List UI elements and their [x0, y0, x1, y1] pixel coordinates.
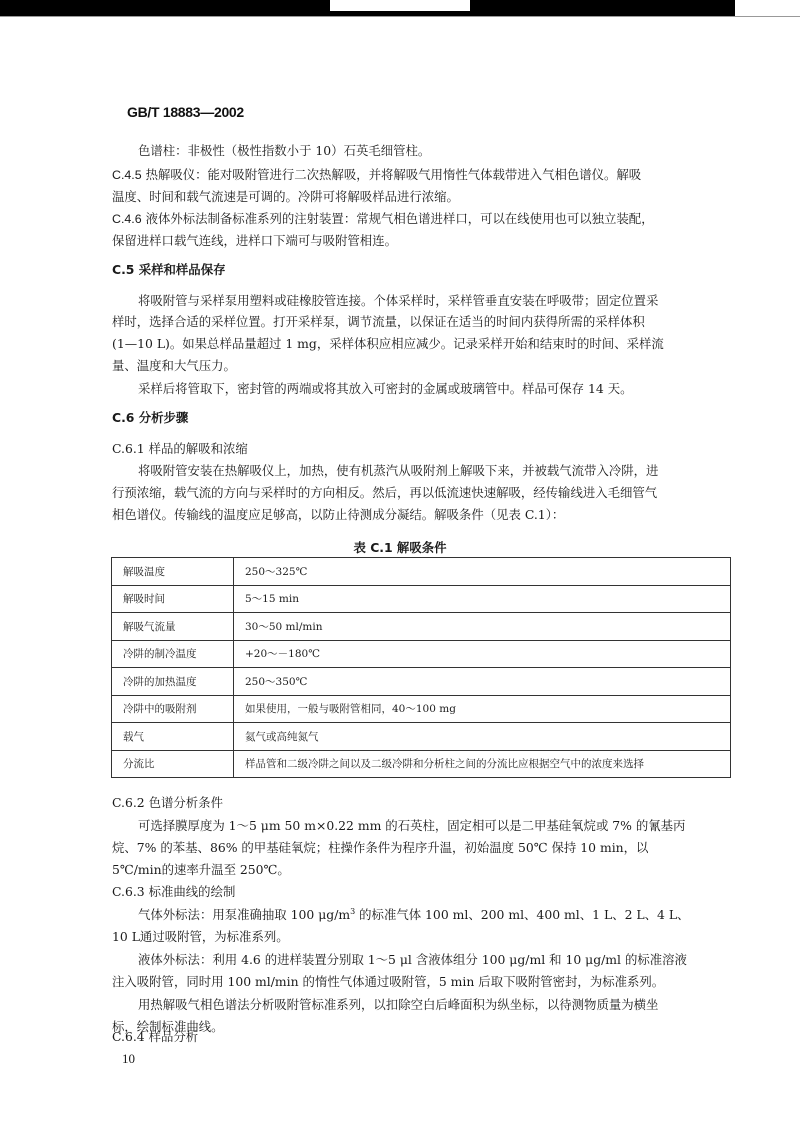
- c5-para1-line3: (1—10 L)。如果总样品量超过 1 mg，采样体积应相应减少。记录采样开始和…: [112, 336, 742, 352]
- table-row: 冷阱的制冷温度+20～－180℃: [112, 640, 731, 668]
- c61-heading: C.6.1 样品的解吸和浓缩: [112, 441, 742, 457]
- table-row: 解吸温度250～325℃: [112, 558, 731, 586]
- c63-line4: 注入吸附管，同时用 100 ml/min 的惰性气体通过吸附管，5 min 后取…: [112, 974, 742, 990]
- section-c5-heading: C.5 采样和样品保存: [112, 262, 742, 278]
- clause-c46-line2: 保留进样口载气连线，进样口下端可与吸附管相连。: [112, 233, 742, 249]
- clause-c45-text: 热解吸仪：能对吸附管进行二次热解吸，并将解吸气用惰性气体载带进入气相色谱仪。解吸: [142, 167, 642, 182]
- param-name: 解吸时间: [112, 585, 234, 613]
- clause-c46-label: C.4.6: [112, 212, 142, 226]
- c5-para1-line2: 样时，选择合适的采样位置。打开采样泵，调节流量，以保证在适当的时间内获得所需的采…: [112, 314, 742, 330]
- c63-line3: 液体外标法：利用 4.6 的进样装置分别取 1～5 μl 含液体组分 100 μ…: [138, 952, 768, 968]
- c62-line3: 5℃/min的速率升温至 250℃。: [112, 862, 742, 878]
- table-row: 冷阱中的吸附剂如果使用，一般与吸附管相同，40～100 mg: [112, 695, 731, 723]
- param-name: 载气: [112, 723, 234, 751]
- table-row: 解吸时间5～15 min: [112, 585, 731, 613]
- c63-line1-pre: 气体外标法：用泵准确抽取 100 μg/m: [138, 907, 350, 922]
- scan-border-top-left: [0, 0, 330, 16]
- c64-heading: C.6.4 样品分析: [112, 1029, 742, 1045]
- column-spec-line: 色谱柱：非极性（极性指数小于 10）石英毛细管柱。: [138, 143, 768, 159]
- param-value: 氦气或高纯氮气: [234, 723, 731, 751]
- param-name: 分流比: [112, 750, 234, 778]
- table-caption: 表 C.1 解吸条件: [0, 538, 800, 556]
- section-c6-heading: C.6 分析步骤: [112, 410, 742, 426]
- c62-line1: 可选择膜厚度为 1～5 μm 50 m×0.22 mm 的石英柱，固定相可以是二…: [138, 818, 768, 834]
- param-name: 解吸温度: [112, 558, 234, 586]
- c5-para2: 采样后将管取下，密封管的两端或将其放入可密封的金属或玻璃管中。样品可保存 14 …: [138, 381, 768, 397]
- param-value: 样品管和二级冷阱之间以及二级冷阱和分析柱之间的分流比应根据空气中的浓度来选择: [234, 750, 731, 778]
- clause-c45-label: C.4.5: [112, 168, 142, 182]
- c63-line1-post: 的标准气体 100 ml、200 ml、400 ml、1 L、2 L、4 L、: [355, 907, 689, 922]
- param-value: 如果使用，一般与吸附管相同，40～100 mg: [234, 695, 731, 723]
- c62-heading: C.6.2 色谱分析条件: [112, 795, 742, 811]
- c5-para1-line1: 将吸附管与采样泵用塑料或硅橡胶管连接。个体采样时，采样管垂直安装在呼吸带；固定位…: [138, 293, 768, 309]
- page-number: 10: [122, 1051, 135, 1067]
- c63-line2: 10 L通过吸附管，为标准系列。: [112, 929, 742, 945]
- clause-c45-line2: 温度、时间和载气流速是可调的。冷阱可将解吸样品进行浓缩。: [112, 189, 742, 205]
- clause-c46-line1: C.4.6 液体外标法制备标准系列的注射装置：常规气相色谱进样口，可以在线使用也…: [112, 211, 742, 227]
- param-value: 5～15 min: [234, 585, 731, 613]
- param-name: 冷阱的加热温度: [112, 668, 234, 696]
- table-row: 分流比样品管和二级冷阱之间以及二级冷阱和分析柱之间的分流比应根据空气中的浓度来选…: [112, 750, 731, 778]
- c61-line3: 相色谱仪。传输线的温度应足够高，以防止待测成分凝结。解吸条件（见表 C.1）：: [112, 507, 742, 523]
- clause-c45-line1: C.4.5 热解吸仪：能对吸附管进行二次热解吸，并将解吸气用惰性气体载带进入气相…: [112, 167, 742, 183]
- c63-heading: C.6.3 标准曲线的绘制: [112, 884, 742, 900]
- table-row: 解吸气流量30～50 ml/min: [112, 613, 731, 641]
- clause-c46-text: 液体外标法制备标准系列的注射装置：常规气相色谱进样口，可以在线使用也可以独立装配…: [142, 211, 654, 226]
- standard-number: GB/T 18883—2002: [127, 104, 244, 120]
- param-value: 30～50 ml/min: [234, 613, 731, 641]
- c61-line2: 行预浓缩，载气流的方向与采样时的方向相反。然后，再以低流速快速解吸，经传输线进入…: [112, 485, 742, 501]
- param-name: 冷阱的制冷温度: [112, 640, 234, 668]
- c61-line1: 将吸附管安装在热解吸仪上，加热，使有机蒸汽从吸附剂上解吸下来，并被载气流带入冷阱…: [138, 463, 768, 479]
- c62-line2: 烷、7% 的苯基、86% 的甲基硅氧烷；柱操作条件为程序升温，初始温度 50℃ …: [112, 840, 742, 856]
- c63-line5: 用热解吸气相色谱法分析吸附管标准系列，以扣除空白后峰面积为纵坐标，以待测物质量为…: [138, 997, 768, 1013]
- param-value: 250～325℃: [234, 558, 731, 586]
- table-row: 冷阱的加热温度250～350℃: [112, 668, 731, 696]
- table-row: 载气氦气或高纯氮气: [112, 723, 731, 751]
- param-name: 解吸气流量: [112, 613, 234, 641]
- scan-border-top-right: [470, 0, 735, 16]
- c63-line1: 气体外标法：用泵准确抽取 100 μg/m3 的标准气体 100 ml、200 …: [138, 907, 768, 923]
- param-name: 冷阱中的吸附剂: [112, 695, 234, 723]
- scan-edge-line: [0, 16, 800, 17]
- param-value: +20～－180℃: [234, 640, 731, 668]
- c5-para1-line4: 量、温度和大气压力。: [112, 358, 742, 374]
- param-value: 250～350℃: [234, 668, 731, 696]
- desorption-conditions-table: 解吸温度250～325℃ 解吸时间5～15 min 解吸气流量30～50 ml/…: [111, 557, 731, 778]
